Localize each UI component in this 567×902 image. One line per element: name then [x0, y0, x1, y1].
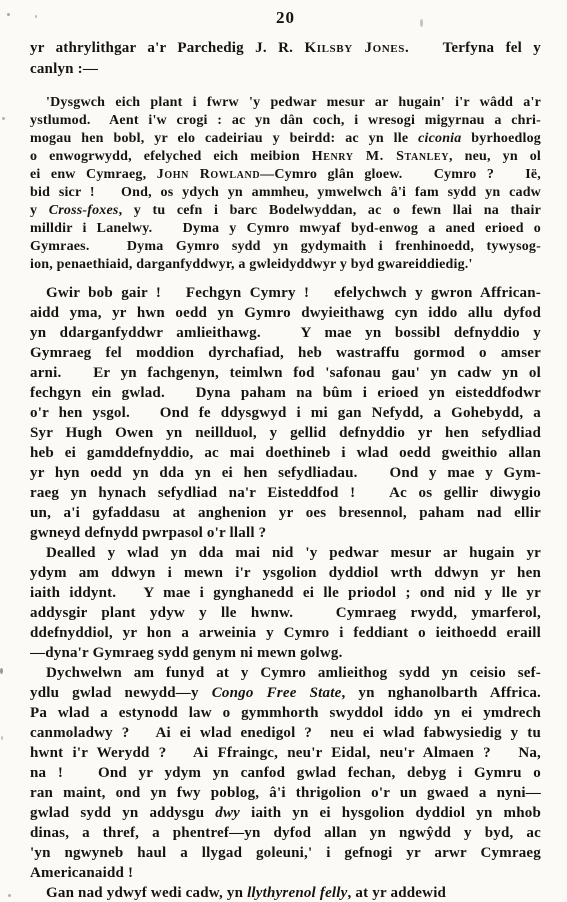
- text-run: ystlumod. Aent i'w crogi : ac yn dân coc…: [30, 113, 541, 128]
- scanned-book-page: { "colors": { "ink": "#171310", "paper":…: [0, 0, 567, 902]
- text-run: gwneyd defnydd pwrpasol o'r llall ?: [30, 525, 266, 541]
- text-line: 'yn ngwyneb haul a llygad goleuni,' i ge…: [30, 843, 541, 863]
- text-run: Gymraeg fel moddion dyrchafiad, heb wast…: [30, 345, 541, 361]
- text-run: Dealled y wlad yn dda mai nid 'y pedwar …: [46, 545, 541, 561]
- text-run: , y tu cefn i barc Bodelwyddan, ac o few…: [119, 203, 541, 218]
- text-line: iaith iddynt. Y mae i gynghanedd ei lle …: [30, 583, 541, 603]
- text-run: fechgyn ein gwlad. Dyna paham na bûm i e…: [30, 385, 541, 401]
- text-run: ran maint, ond yn fwy poblog, â'i thrigo…: [30, 785, 541, 801]
- text-run: Gwir bob gair ! Fechgyn Cymry ! efelychw…: [46, 285, 541, 301]
- text-line: ddefnyddiol, yr hon a arweinia y Cymro i…: [30, 623, 541, 643]
- text-run: yr hyn oedd yn dda yn ei hen sefydliadau…: [30, 465, 541, 481]
- scan-speck: [1, 736, 3, 740]
- text-run: Americanaidd !: [30, 865, 133, 881]
- text-run: na ! Ond yr ydym yn canfod gwlad fechan,…: [30, 765, 541, 781]
- small-caps-name: Henry M. Stanley: [312, 149, 449, 164]
- paragraph: Gwir bob gair ! Fechgyn Cymry ! efelychw…: [30, 283, 541, 543]
- text-run: , yn nghanolbarth Affrica.: [341, 685, 541, 701]
- text-run: ydym am ddwyn i mewn i'r ysgolion dyddio…: [30, 565, 541, 581]
- book-page: 20 yr athrylithgar a'r Parchedig J. R. K…: [0, 0, 567, 902]
- text-line: y Cross-foxes, y tu cefn i barc Bodelwyd…: [30, 202, 541, 220]
- text-line: Americanaidd !: [30, 863, 541, 883]
- text-line: arni. Er yn fachgenyn, teimlwn fod 'safo…: [30, 363, 541, 383]
- text-run: raeg yn hynach sefydliad na'r Eisteddfod…: [30, 485, 541, 501]
- text-run: y: [30, 203, 49, 218]
- text-run: iaith iddynt. Y mae i gynghanedd ei lle …: [30, 585, 541, 601]
- paragraph: 'Dysgwch eich plant i fwrw 'y pedwar mes…: [30, 94, 541, 274]
- text-run: Pa wlad a estynodd law o gymmhorth swydd…: [30, 705, 541, 721]
- text-run: . Terfyna fel y: [405, 40, 541, 56]
- text-run: 'yn ngwyneb haul a llygad goleuni,' i ge…: [30, 845, 541, 861]
- text-line: fechgyn ein gwlad. Dyna paham na bûm i e…: [30, 383, 541, 403]
- text-line: milldir i Lanelwy. Dyma y Cymro mwyaf by…: [30, 220, 541, 238]
- text-line: o'r hen ysgol. Ond fe ddysgwyd i mi gan …: [30, 403, 541, 423]
- text-line: dinas, a thref, a phentref—yn dyfod alla…: [30, 823, 541, 843]
- text-run: ion, penaethiaid, darganfyddwyr, a gwlei…: [30, 257, 473, 272]
- italic-text: dwy: [215, 805, 240, 821]
- text-run: 'Dysgwch eich plant i fwrw 'y pedwar mes…: [46, 95, 541, 110]
- text-run: , at yr addewid: [348, 885, 447, 901]
- text-run: un, a'i gyfaddasu at anghenion yr oes br…: [30, 505, 541, 521]
- text-line: gwneyd defnydd pwrpasol o'r llall ?: [30, 523, 541, 543]
- text-line: Gwir bob gair ! Fechgyn Cymry ! efelychw…: [30, 283, 541, 303]
- text-run: Gymraes. Dyma Gymro sydd yn gydymaith i …: [30, 239, 541, 254]
- text-line: un, a'i gyfaddasu at anghenion yr oes br…: [30, 503, 541, 523]
- text-run: yn ddarganfyddwr amlieithawg. Y mae yn b…: [30, 325, 541, 341]
- text-line: bid sicr ! Ond, os ydych yn ammheu, ymwe…: [30, 184, 541, 202]
- text-line: ion, penaethiaid, darganfyddwyr, a gwlei…: [30, 256, 541, 274]
- text-line: addysgir plant ydyw y lle hwnw. Cymraeg …: [30, 603, 541, 623]
- text-run: mogau hen bobl, yr elo cadeiriau y beird…: [30, 131, 418, 146]
- text-line: mogau hen bobl, yr elo cadeiriau y beird…: [30, 130, 541, 148]
- text-run: Syr Hugh Owen yn neillduol, y gellid def…: [30, 425, 541, 441]
- text-line: ydym am ddwyn i mewn i'r ysgolion dyddio…: [30, 563, 541, 583]
- text-line: yr hyn oedd yn dda yn ei hen sefydliadau…: [30, 463, 541, 483]
- text-run: ydlu gwlad newydd—y: [30, 685, 212, 701]
- text-line: 'Dysgwch eich plant i fwrw 'y pedwar mes…: [30, 94, 541, 112]
- text-line: Gymraes. Dyma Gymro sydd yn gydymaith i …: [30, 238, 541, 256]
- text-run: gwlad sydd yn addysgu: [30, 805, 215, 821]
- text-line: hwnt i'r Werydd ? Ai Ffraingc, neu'r Eid…: [30, 743, 541, 763]
- text-line: Gymraeg fel moddion dyrchafiad, heb wast…: [30, 343, 541, 363]
- small-caps-name: John Rowland: [157, 167, 260, 182]
- text-run: canmoladwy ? Ai ei wlad enedigol ? neu e…: [30, 725, 541, 741]
- text-run: —dyna'r Gymraeg sydd genym ni mewn golwg…: [30, 645, 343, 661]
- text-line: Dychwelwn am funyd at y Cymro amlieithog…: [30, 663, 541, 683]
- text-line: canmoladwy ? Ai ei wlad enedigol ? neu e…: [30, 723, 541, 743]
- scan-speck: [35, 15, 37, 18]
- scan-speck: [7, 13, 10, 16]
- scan-speck: [2, 117, 5, 120]
- italic-text: Cross-foxes: [49, 203, 119, 218]
- text-line: Dealled y wlad yn dda mai nid 'y pedwar …: [30, 543, 541, 563]
- page-text: yr athrylithgar a'r Parchedig J. R. Kils…: [30, 38, 541, 902]
- text-run: o'r hen ysgol. Ond fe ddysgwyd i mi gan …: [30, 405, 541, 421]
- text-line: Pa wlad a estynodd law o gymmhorth swydd…: [30, 703, 541, 723]
- text-run: ddefnyddiol, yr hon a arweinia y Cymro i…: [30, 625, 541, 641]
- text-run: milldir i Lanelwy. Dyma y Cymro mwyaf by…: [30, 221, 541, 236]
- text-run: dinas, a thref, a phentref—yn dyfod alla…: [30, 825, 541, 841]
- paragraph: Dealled y wlad yn dda mai nid 'y pedwar …: [30, 543, 541, 663]
- italic-text: ciconia: [418, 131, 461, 146]
- text-run: , neu, yn ol: [449, 149, 541, 164]
- text-run: hwnt i'r Werydd ? Ai Ffraingc, neu'r Eid…: [30, 745, 541, 761]
- text-line: —dyna'r Gymraeg sydd genym ni mewn golwg…: [30, 643, 541, 663]
- text-run: iaith yn ei hysgolion dyddiol yn mhob: [240, 805, 541, 821]
- text-line: ystlumod. Aent i'w crogi : ac yn dân coc…: [30, 112, 541, 130]
- text-line: heb ei gamddefnyddio, ac mai doethineb i…: [30, 443, 541, 463]
- text-run: Gan nad ydwyf wedi cadw, yn: [46, 885, 247, 901]
- italic-text: Congo Free State: [212, 685, 342, 701]
- paragraph: yr athrylithgar a'r Parchedig J. R. Kils…: [30, 38, 541, 80]
- text-run: Dychwelwn am funyd at y Cymro amlieithog…: [46, 665, 541, 681]
- paragraph: Gan nad ydwyf wedi cadw, yn llythyrenol …: [30, 883, 541, 902]
- text-line: gwlad sydd yn addysgu dwy iaith yn ei hy…: [30, 803, 541, 823]
- scan-speck: [0, 668, 3, 674]
- text-line: ei enw Cymraeg, John Rowland—Cymro glân …: [30, 166, 541, 184]
- text-line: ydlu gwlad newydd—y Congo Free State, yn…: [30, 683, 541, 703]
- text-run: byrhoedlog: [461, 131, 541, 146]
- text-run: —Cymro glân gloew. Cymro ? Ië,: [260, 167, 541, 182]
- paragraph: Dychwelwn am funyd at y Cymro amlieithog…: [30, 663, 541, 883]
- text-line: yr athrylithgar a'r Parchedig J. R. Kils…: [30, 38, 541, 59]
- text-line: Gan nad ydwyf wedi cadw, yn llythyrenol …: [30, 883, 541, 902]
- text-line: raeg yn hynach sefydliad na'r Eisteddfod…: [30, 483, 541, 503]
- text-line: o enwogrwydd, efelyched eich meibion Hen…: [30, 148, 541, 166]
- text-run: ei enw Cymraeg,: [30, 167, 157, 182]
- text-line: yn ddarganfyddwr amlieithawg. Y mae yn b…: [30, 323, 541, 343]
- text-run: heb ei gamddefnyddio, ac mai doethineb i…: [30, 445, 541, 461]
- text-run: bid sicr ! Ond, os ydych yn ammheu, ymwe…: [30, 185, 541, 200]
- small-caps-name: Kilsby Jones: [304, 40, 404, 56]
- scan-speck: [420, 19, 423, 27]
- text-line: Syr Hugh Owen yn neillduol, y gellid def…: [30, 423, 541, 443]
- text-run: o enwogrwydd, efelyched eich meibion: [30, 149, 312, 164]
- text-line: canlyn :—: [30, 59, 541, 80]
- text-run: addysgir plant ydyw y lle hwnw. Cymraeg …: [30, 605, 541, 621]
- text-run: aidd yma, yr hwn oedd yn Gymro dwyieitha…: [30, 305, 541, 321]
- text-run: canlyn :—: [30, 61, 98, 77]
- scan-speck: [8, 894, 11, 897]
- text-run: arni. Er yn fachgenyn, teimlwn fod 'safo…: [30, 365, 541, 381]
- text-line: ran maint, ond yn fwy poblog, â'i thrigo…: [30, 783, 541, 803]
- text-run: yr athrylithgar a'r Parchedig J. R.: [30, 40, 304, 56]
- italic-text: llythyrenol felly: [247, 885, 347, 901]
- text-line: aidd yma, yr hwn oedd yn Gymro dwyieitha…: [30, 303, 541, 323]
- page-number: 20: [30, 8, 541, 28]
- text-line: na ! Ond yr ydym yn canfod gwlad fechan,…: [30, 763, 541, 783]
